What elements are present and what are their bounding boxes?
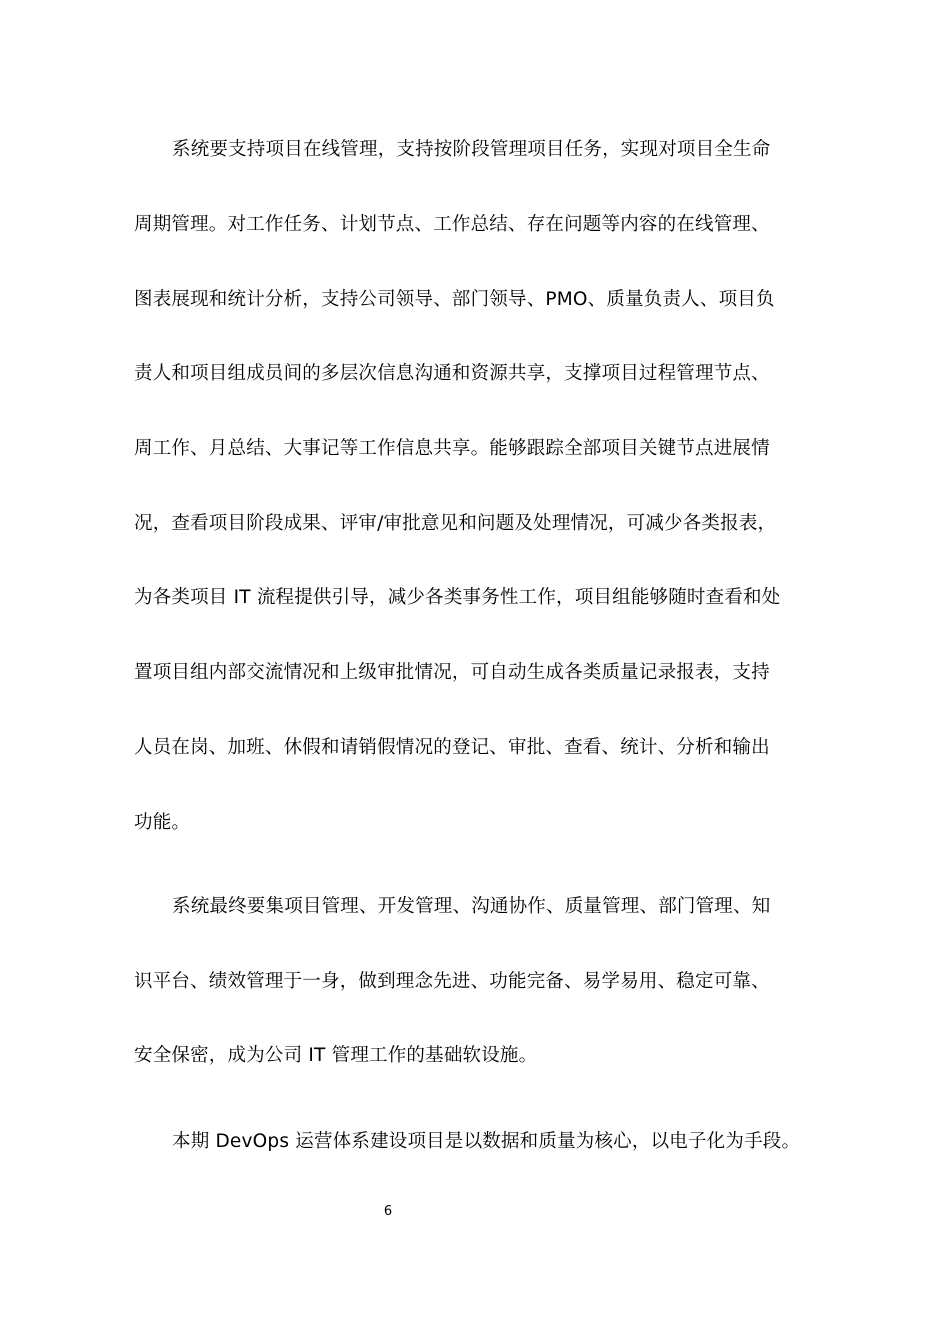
- document-page: 系统要支持项目在线管理，支持按阶段管理项目任务，实现对项目全生命 周期管理。对工…: [0, 0, 950, 1344]
- paragraph-2-line-1: 系统最终要集项目管理、开发管理、沟通协作、质量管理、部门管理、知: [172, 895, 770, 919]
- page-number: 6: [0, 1203, 776, 1221]
- paragraph-1-line-2: 周期管理。对工作任务、计划节点、工作总结、存在问题等内容的在线管理、: [134, 213, 770, 237]
- paragraph-1-line-9: 人员在岗、加班、休假和请销假情况的登记、审批、查看、统计、分析和输出: [134, 736, 770, 760]
- paragraph-3-line-1: 本期 DevOps 运营体系建设项目是以数据和质量为核心，以电子化为手段。: [172, 1130, 800, 1154]
- paragraph-1-line-5: 周工作、月总结、大事记等工作信息共享。能够跟踪全部项目关键节点进展情: [134, 437, 770, 461]
- paragraph-2-line-3: 安全保密，成为公司 IT 管理工作的基础软设施。: [134, 1044, 537, 1068]
- paragraph-1-line-8: 置项目组内部交流情况和上级审批情况，可自动生成各类质量记录报表，支持: [134, 661, 770, 685]
- paragraph-1-line-3: 图表展现和统计分析，支持公司领导、部门领导、PMO、质量负责人、项目负: [134, 288, 775, 312]
- paragraph-1-line-10: 功能。: [134, 811, 190, 835]
- paragraph-1-line-4: 责人和项目组成员间的多层次信息沟通和资源共享，支撑项目过程管理节点、: [134, 362, 770, 386]
- paragraph-1-line-7: 为各类项目 IT 流程提供引导，减少各类事务性工作，项目组能够随时查看和处: [134, 586, 780, 610]
- paragraph-2-line-2: 识平台、绩效管理于一身，做到理念先进、功能完备、易学易用、稳定可靠、: [134, 970, 770, 994]
- paragraph-1-line-6: 况，查看项目阶段成果、评审/审批意见和问题及处理情况，可减少各类报表，: [134, 512, 776, 536]
- paragraph-1-line-1: 系统要支持项目在线管理，支持按阶段管理项目任务，实现对项目全生命: [172, 138, 770, 162]
